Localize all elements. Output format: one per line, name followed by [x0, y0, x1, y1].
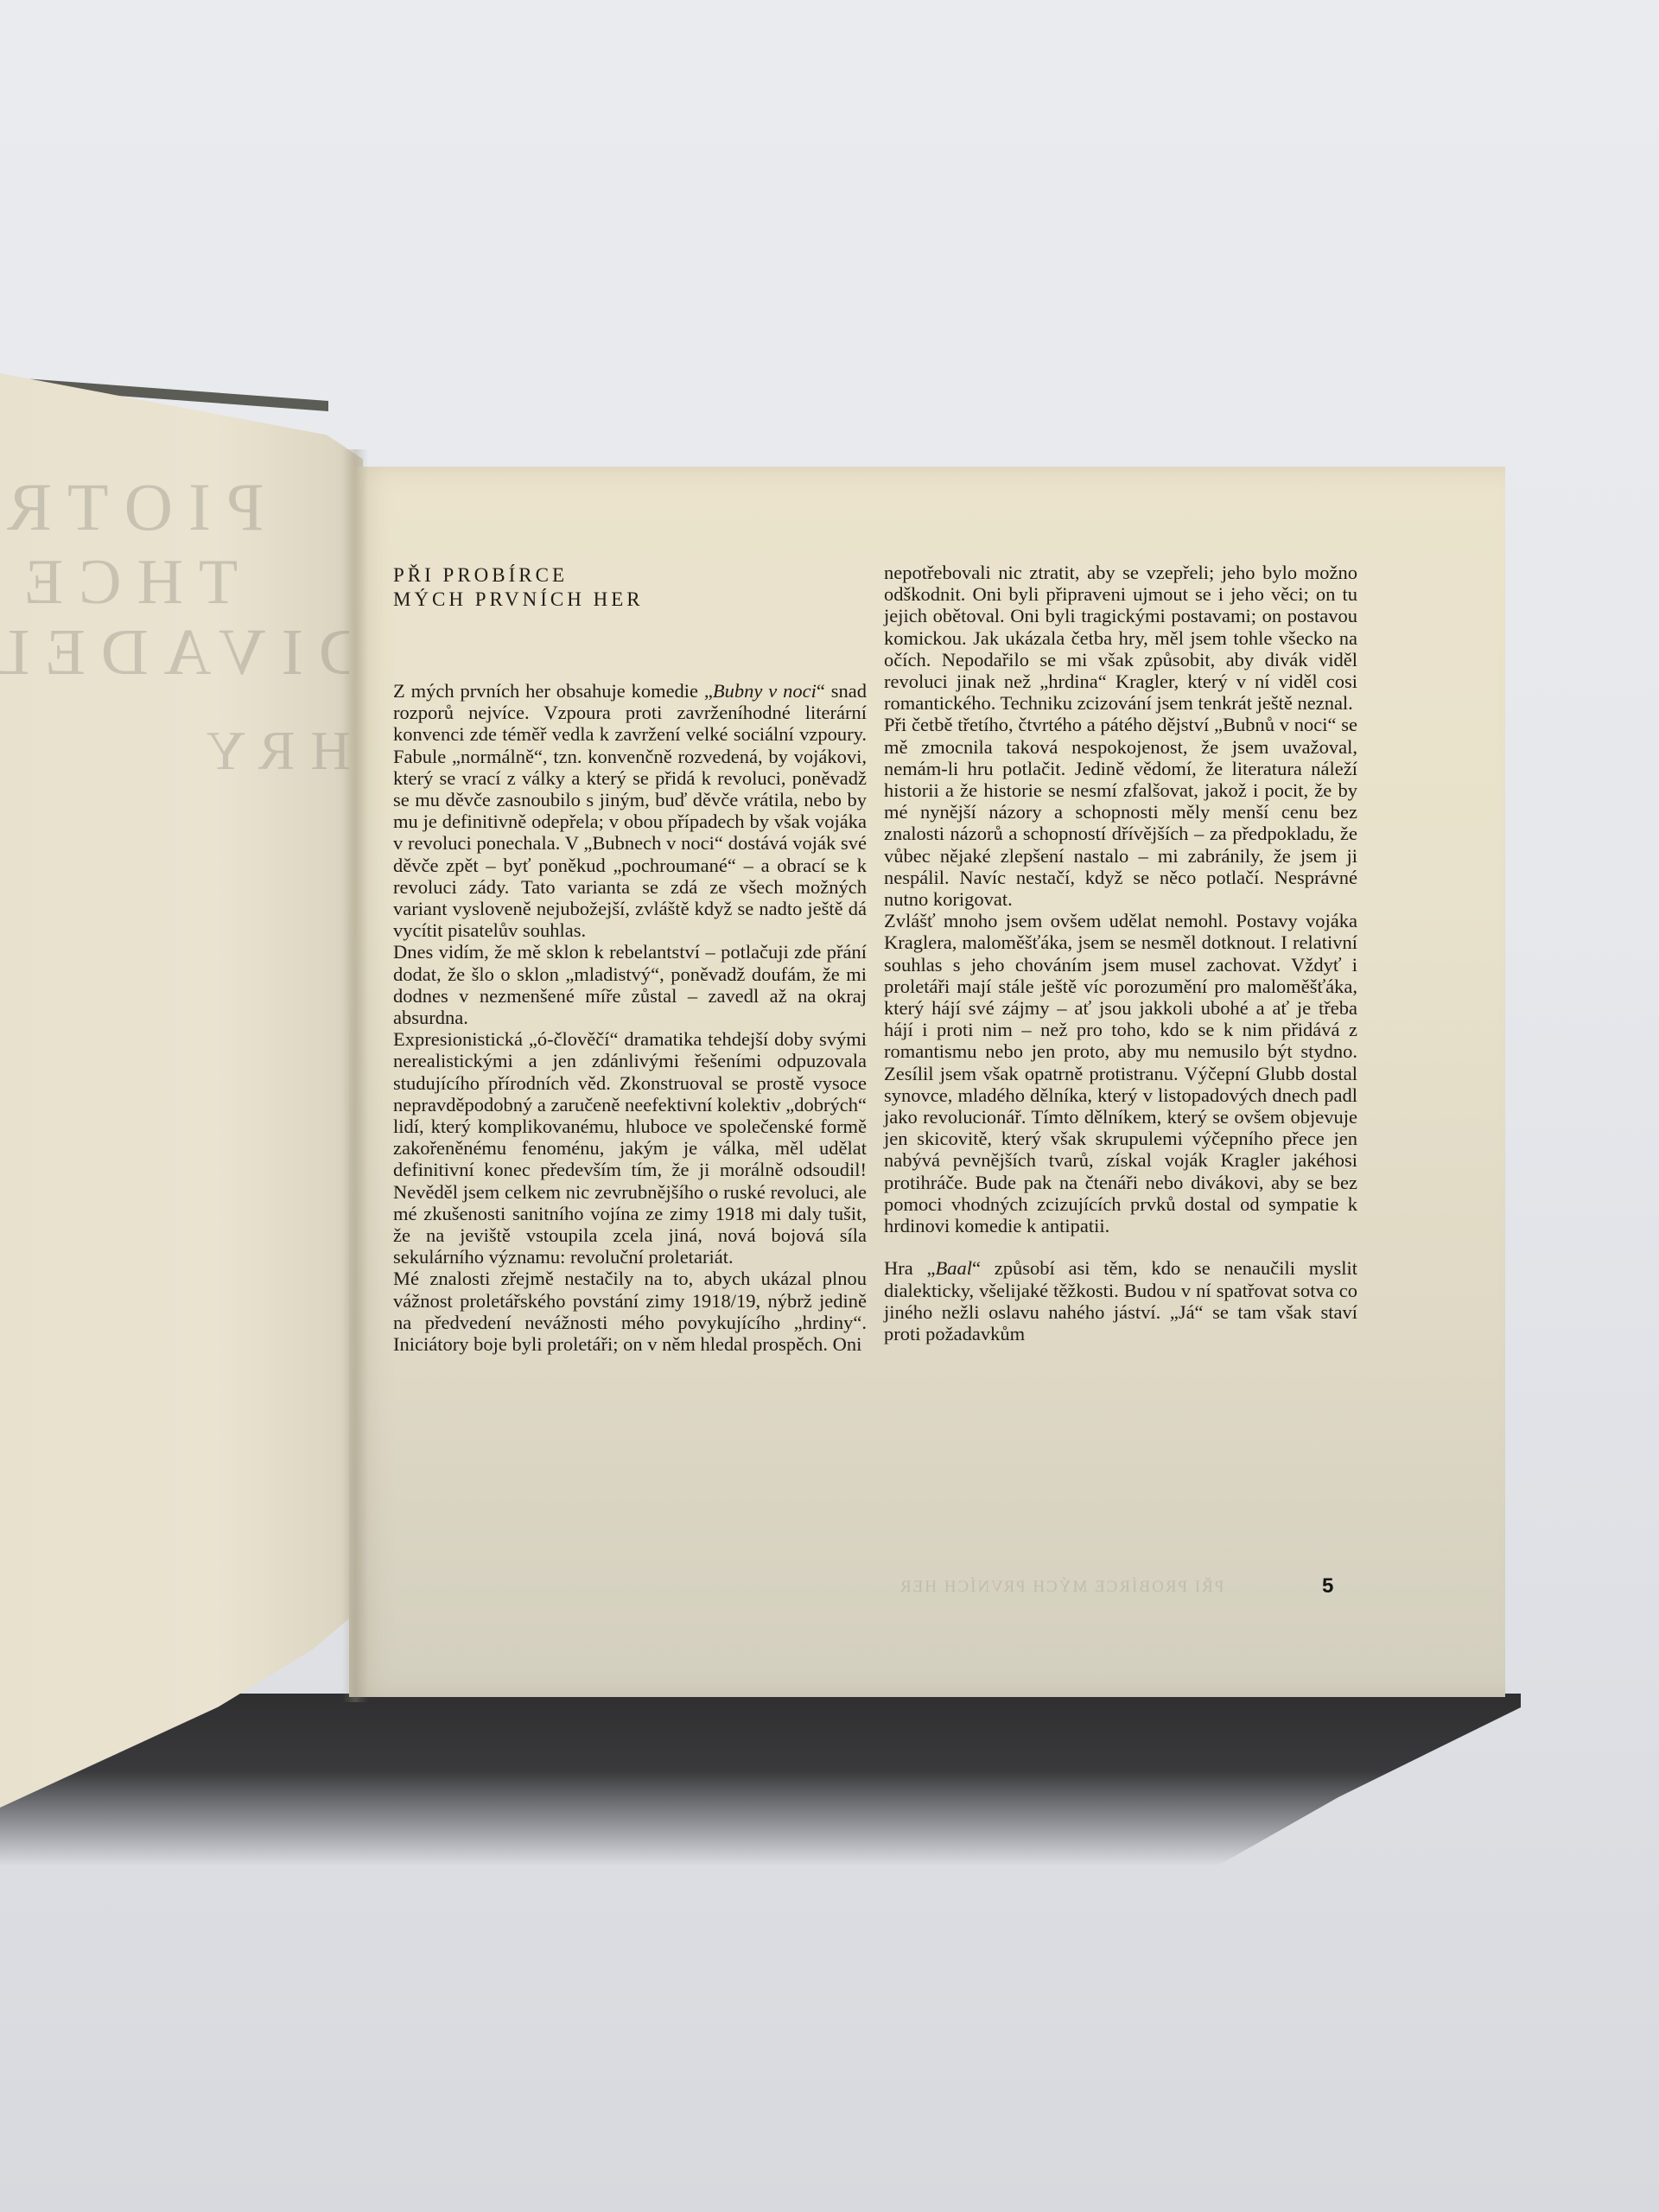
body-paragraph: Mé znalosti zřejmě nestačily na to, abyc…	[393, 1268, 867, 1355]
text-segment: Při četbě třetího, čtvrtého a pátého děj…	[884, 714, 1357, 910]
text-segment: Dnes vidím, že mě sklon k rebelantství –…	[393, 941, 867, 1028]
paragraph-gap	[884, 1236, 1357, 1257]
body-paragraph: Hra „Baal“ způsobí asi těm, kdo se nenau…	[884, 1257, 1357, 1344]
body-paragraph: Z mých prvních her obsahuje komedie „Bub…	[393, 680, 867, 941]
text-segment: Expresionistická „ó-člověčí“ dramatika t…	[393, 1028, 867, 1268]
book-gutter	[342, 449, 368, 1702]
text-segment: Zvlášť mnoho jsem ovšem udělat nemohl. P…	[884, 910, 1357, 1236]
chapter-heading-line: PŘI PROBÍRCE	[393, 563, 644, 588]
book-shadow	[0, 1694, 1521, 1866]
chapter-heading: PŘI PROBÍRCE MÝCH PRVNÍCH HER	[393, 563, 644, 612]
bleed-through-title-line: PIOTR	[0, 468, 264, 546]
chapter-heading-line: MÝCH PRVNÍCH HER	[393, 588, 644, 612]
body-paragraph: Při četbě třetího, čtvrtého a pátého děj…	[884, 714, 1357, 910]
text-segment: “ snad rozporů nejvíce. Vzpoura proti za…	[393, 680, 867, 941]
page-number: 5	[1322, 1574, 1333, 1599]
text-column-left: Z mých prvních her obsahuje komedie „Bub…	[393, 680, 867, 1355]
work-title-italic: Bubny v noci	[713, 680, 817, 702]
bleed-through-footer: PŘI PROBÍRCE MÝCH PRVNÍCH HER	[899, 1578, 1224, 1597]
body-paragraph: Expresionistická „ó-člověčí“ dramatika t…	[393, 1028, 867, 1268]
text-column-right: nepotřebovali nic ztratit, aby se vzepře…	[884, 562, 1357, 1344]
bleed-through-title-line: DIVADEL	[0, 615, 366, 690]
text-segment: Z mých prvních her obsahuje komedie „	[393, 680, 713, 702]
body-paragraph: Dnes vidím, že mě sklon k rebelantství –…	[393, 941, 867, 1028]
bleed-through-title-line: HRY	[190, 719, 351, 783]
text-segment: Hra „	[884, 1257, 936, 1279]
body-paragraph: nepotřebovali nic ztratit, aby se vzepře…	[884, 562, 1357, 714]
body-paragraph: Zvlášť mnoho jsem ovšem udělat nemohl. P…	[884, 910, 1357, 1236]
text-segment: Mé znalosti zřejmě nestačily na to, abyc…	[393, 1268, 867, 1355]
work-title-italic: Baal	[936, 1257, 973, 1279]
left-page: PIOTR THCE DIVADEL HRY	[0, 373, 363, 1808]
bleed-through-title-line: THCE	[9, 546, 238, 620]
text-segment: nepotřebovali nic ztratit, aby se vzepře…	[884, 562, 1357, 714]
